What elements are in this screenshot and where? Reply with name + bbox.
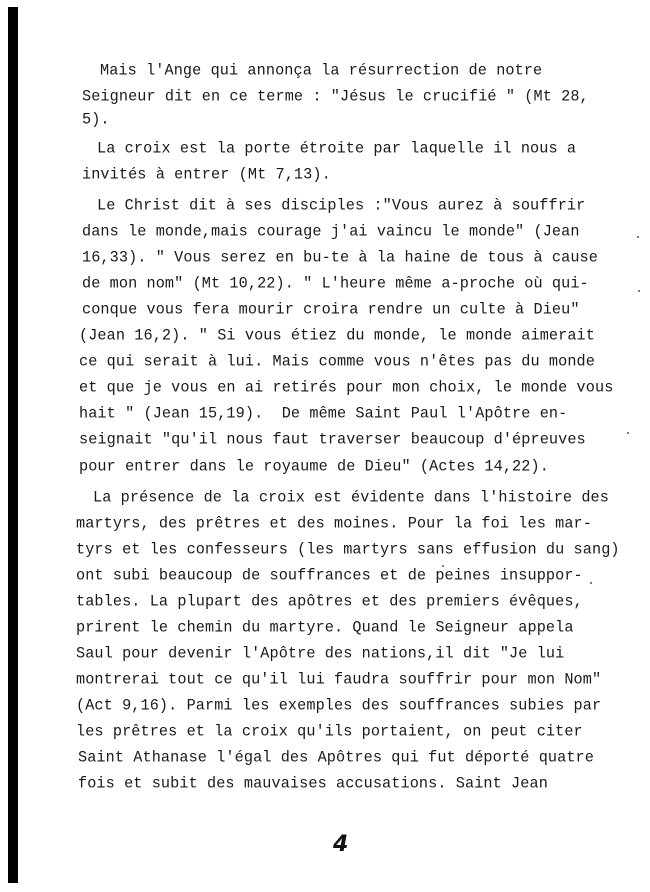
text-line: ce qui serait à lui. Mais comme vous n'ê… [79, 352, 595, 371]
text-line: de mon nom" (Mt 10,22). " L'heure même a… [82, 274, 589, 293]
text-line: les prêtres et la croix qu'ils portaient… [76, 722, 583, 741]
text-line: fois et subit des mauvaises accusations.… [78, 774, 548, 793]
scan-speck [638, 290, 640, 292]
text-line: pour entrer dans le royaume de Dieu" (Ac… [79, 457, 549, 476]
scan-speck [442, 565, 444, 567]
text-line: Le Christ dit à ses disciples :"Vous aur… [97, 196, 585, 215]
text-line: (Jean 16,2). " Si vous étiez du monde, l… [79, 326, 595, 345]
text-line: montrerai tout ce qu'il lui faudra souff… [76, 670, 601, 689]
text-line: (Act 9,16). Parmi les exemples des souff… [76, 696, 601, 715]
text-line: et que je vous en ai retirés pour mon ch… [79, 378, 613, 397]
text-line: ont subi beaucoup de souffrances et de p… [76, 566, 583, 585]
text-line: conque vous fera mourir croira rendre un… [82, 300, 580, 319]
text-line: seignait "qu'il nous faut traverser beau… [79, 430, 586, 449]
text-line: La croix est la porte étroite par laquel… [97, 139, 576, 158]
text-line: Saint Athanase l'égal des Apôtres qui fu… [78, 748, 594, 767]
scanned-page: Mais l'Ange qui annonça la résurrection … [0, 0, 650, 892]
page-number: 4 [333, 832, 348, 857]
text-line: dans le monde,mais courage j'ai vaincu l… [82, 222, 580, 241]
scan-speck [627, 432, 629, 434]
text-line: tyrs et les confesseurs (les martyrs san… [76, 540, 620, 559]
scan-speck [637, 236, 639, 238]
text-line: prirent le chemin du martyre. Quand le S… [76, 618, 574, 637]
text-line: hait " (Jean 15,19). De même Saint Paul … [79, 404, 567, 423]
text-line: invités à entrer (Mt 7,13). [82, 165, 331, 184]
text-line: 5). [82, 110, 110, 129]
text-line: Mais l'Ange qui annonça la résurrection … [100, 61, 542, 80]
text-line: tables. La plupart des apôtres et des pr… [76, 592, 583, 611]
text-line: martyrs, des prêtres et des moines. Pour… [76, 514, 592, 533]
text-line: 16,33). " Vous serez en bu-te à la haine… [82, 248, 598, 267]
scan-edge-bar [8, 7, 18, 883]
text-line: Saul pour devenir l'Apôtre des nations,i… [76, 644, 564, 663]
text-line: Seigneur dit en ce terme : "Jésus le cru… [82, 87, 589, 106]
text-line: La présence de la croix est évidente dan… [93, 488, 609, 507]
scan-speck [590, 582, 592, 584]
